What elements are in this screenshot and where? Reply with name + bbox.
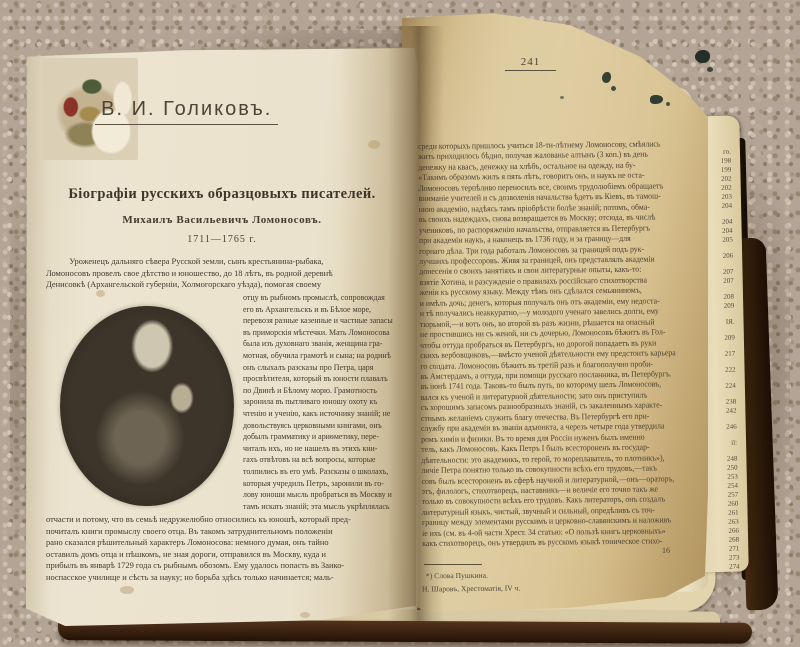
text-line: мотная, обучила грамотѣ и сына; на родин…	[243, 350, 403, 362]
years-range: 1711—1765 г.	[26, 234, 418, 245]
text-line: лову юноши мысль пробраться въ Москву и	[243, 489, 403, 501]
text-line: толпились въ его умѣ. Разсказы о школахъ…	[243, 466, 403, 478]
text-line: въ приморскія мѣстечки. Мать Ломоносова	[243, 327, 403, 339]
text-line: довольствуясь церковными книгами, онъ	[243, 420, 403, 432]
text-line: Ломоносовъ провелъ свое дѣтство и юношес…	[46, 268, 395, 280]
section-title: Біографіи русскихъ образцовыхъ писателей…	[26, 186, 418, 203]
lomonosov-portrait-engraving	[60, 306, 234, 506]
text-line: перевозя разные казенные и частные запас…	[243, 315, 403, 327]
left-page-paragraph-middle: отцу въ рыбномъ промыслѣ, сопровождаяего…	[46, 292, 408, 512]
text-line: просвѣтителя, который въ юности плавалъ	[243, 373, 403, 385]
left-page-paragraph-top: Уроженецъ дальняго сѣвера Русской земли,…	[46, 256, 395, 291]
footnote-rule	[424, 564, 482, 565]
author-header: В. И. Голиковъ.	[26, 98, 347, 125]
text-line: которыя учредилъ Петръ, заронили въ го-	[243, 478, 403, 490]
footnote-1: *) Слова Пушкина.	[426, 571, 488, 581]
text-line: оставилъ домъ отца и пѣшкомъ, не зная до…	[46, 549, 395, 561]
ink-stain	[707, 67, 713, 72]
right-page: 241 среди которыхъ пришлось учиться 18-т…	[402, 12, 708, 612]
text-line: отцу въ рыбномъ промыслѣ, сопровождая	[243, 292, 403, 304]
text-line: отчасти и потому, что въ семьѣ недружелю…	[46, 514, 395, 526]
text-line: его въ Архангельскъ и въ Бѣлое море,	[243, 304, 403, 316]
signature-mark: 16	[662, 546, 670, 555]
text-line: чтенію и ученію, какъ источнику знаній; …	[243, 408, 403, 420]
left-page: В. И. Голиковъ. Біографіи русскихъ образ…	[26, 48, 418, 626]
text-line: прибылъ въ январѣ 1729 года съ рыбнымъ о…	[46, 560, 395, 572]
ink-stain	[666, 102, 670, 106]
chapter-subtitle: Михаилъ Васильевичъ Ломоносовъ.	[26, 214, 418, 226]
ink-stain	[560, 96, 564, 99]
ink-stain	[695, 50, 710, 63]
text-line: тамъ искать знаній; эта мысль укрѣплялас…	[243, 501, 403, 513]
left-page-paragraph-bottom: отчасти и потому, что въ семьѣ недружелю…	[46, 514, 395, 584]
text-line: Уроженецъ дальняго сѣвера Русской земли,…	[46, 256, 395, 268]
author-header-text: В. И. Голиковъ.	[95, 98, 278, 125]
text-line: заронила въ пытливаго юношу охоту къ	[243, 396, 403, 408]
right-page-body-text: среди которыхъ пришлось учиться 18-ти-лѣ…	[418, 139, 683, 549]
text-line: читалъ ихъ, но не нашелъ въ этихъ кни-	[243, 443, 403, 455]
text-line: онъ слыхалъ разсказы про Петра, царя	[243, 362, 403, 374]
text-line: была изъ духовнаго званія, женщина гра-	[243, 338, 403, 350]
page-number: 241	[505, 56, 557, 71]
page-number-wrap: 241	[402, 52, 659, 71]
ink-stain	[611, 86, 616, 91]
text-line: почиталъ книги промыслу своего отца. Въ …	[46, 526, 395, 538]
text-line: Денисовкѣ (Архангельской губерніи, Холмо…	[46, 279, 395, 291]
text-line: носпасское училище и сѣсть за науку; но …	[46, 572, 395, 584]
left-page-paragraph-beside-portrait: отцу въ рыбномъ промыслѣ, сопровождаяего…	[243, 292, 403, 512]
text-line: гахъ отвѣтовъ на всѣ вопросы, которые	[243, 454, 403, 466]
text-line: добылъ грамматику и ариѳметику, пере-	[243, 431, 403, 443]
text-line: рано сказался рѣшительный характеръ Ломо…	[46, 537, 395, 549]
text-line: по Двинѣ и Бѣлому морю. Грамотность	[243, 385, 403, 397]
footnote-2: Н. Шаровъ, Хрестоматія, IV ч.	[422, 583, 520, 593]
